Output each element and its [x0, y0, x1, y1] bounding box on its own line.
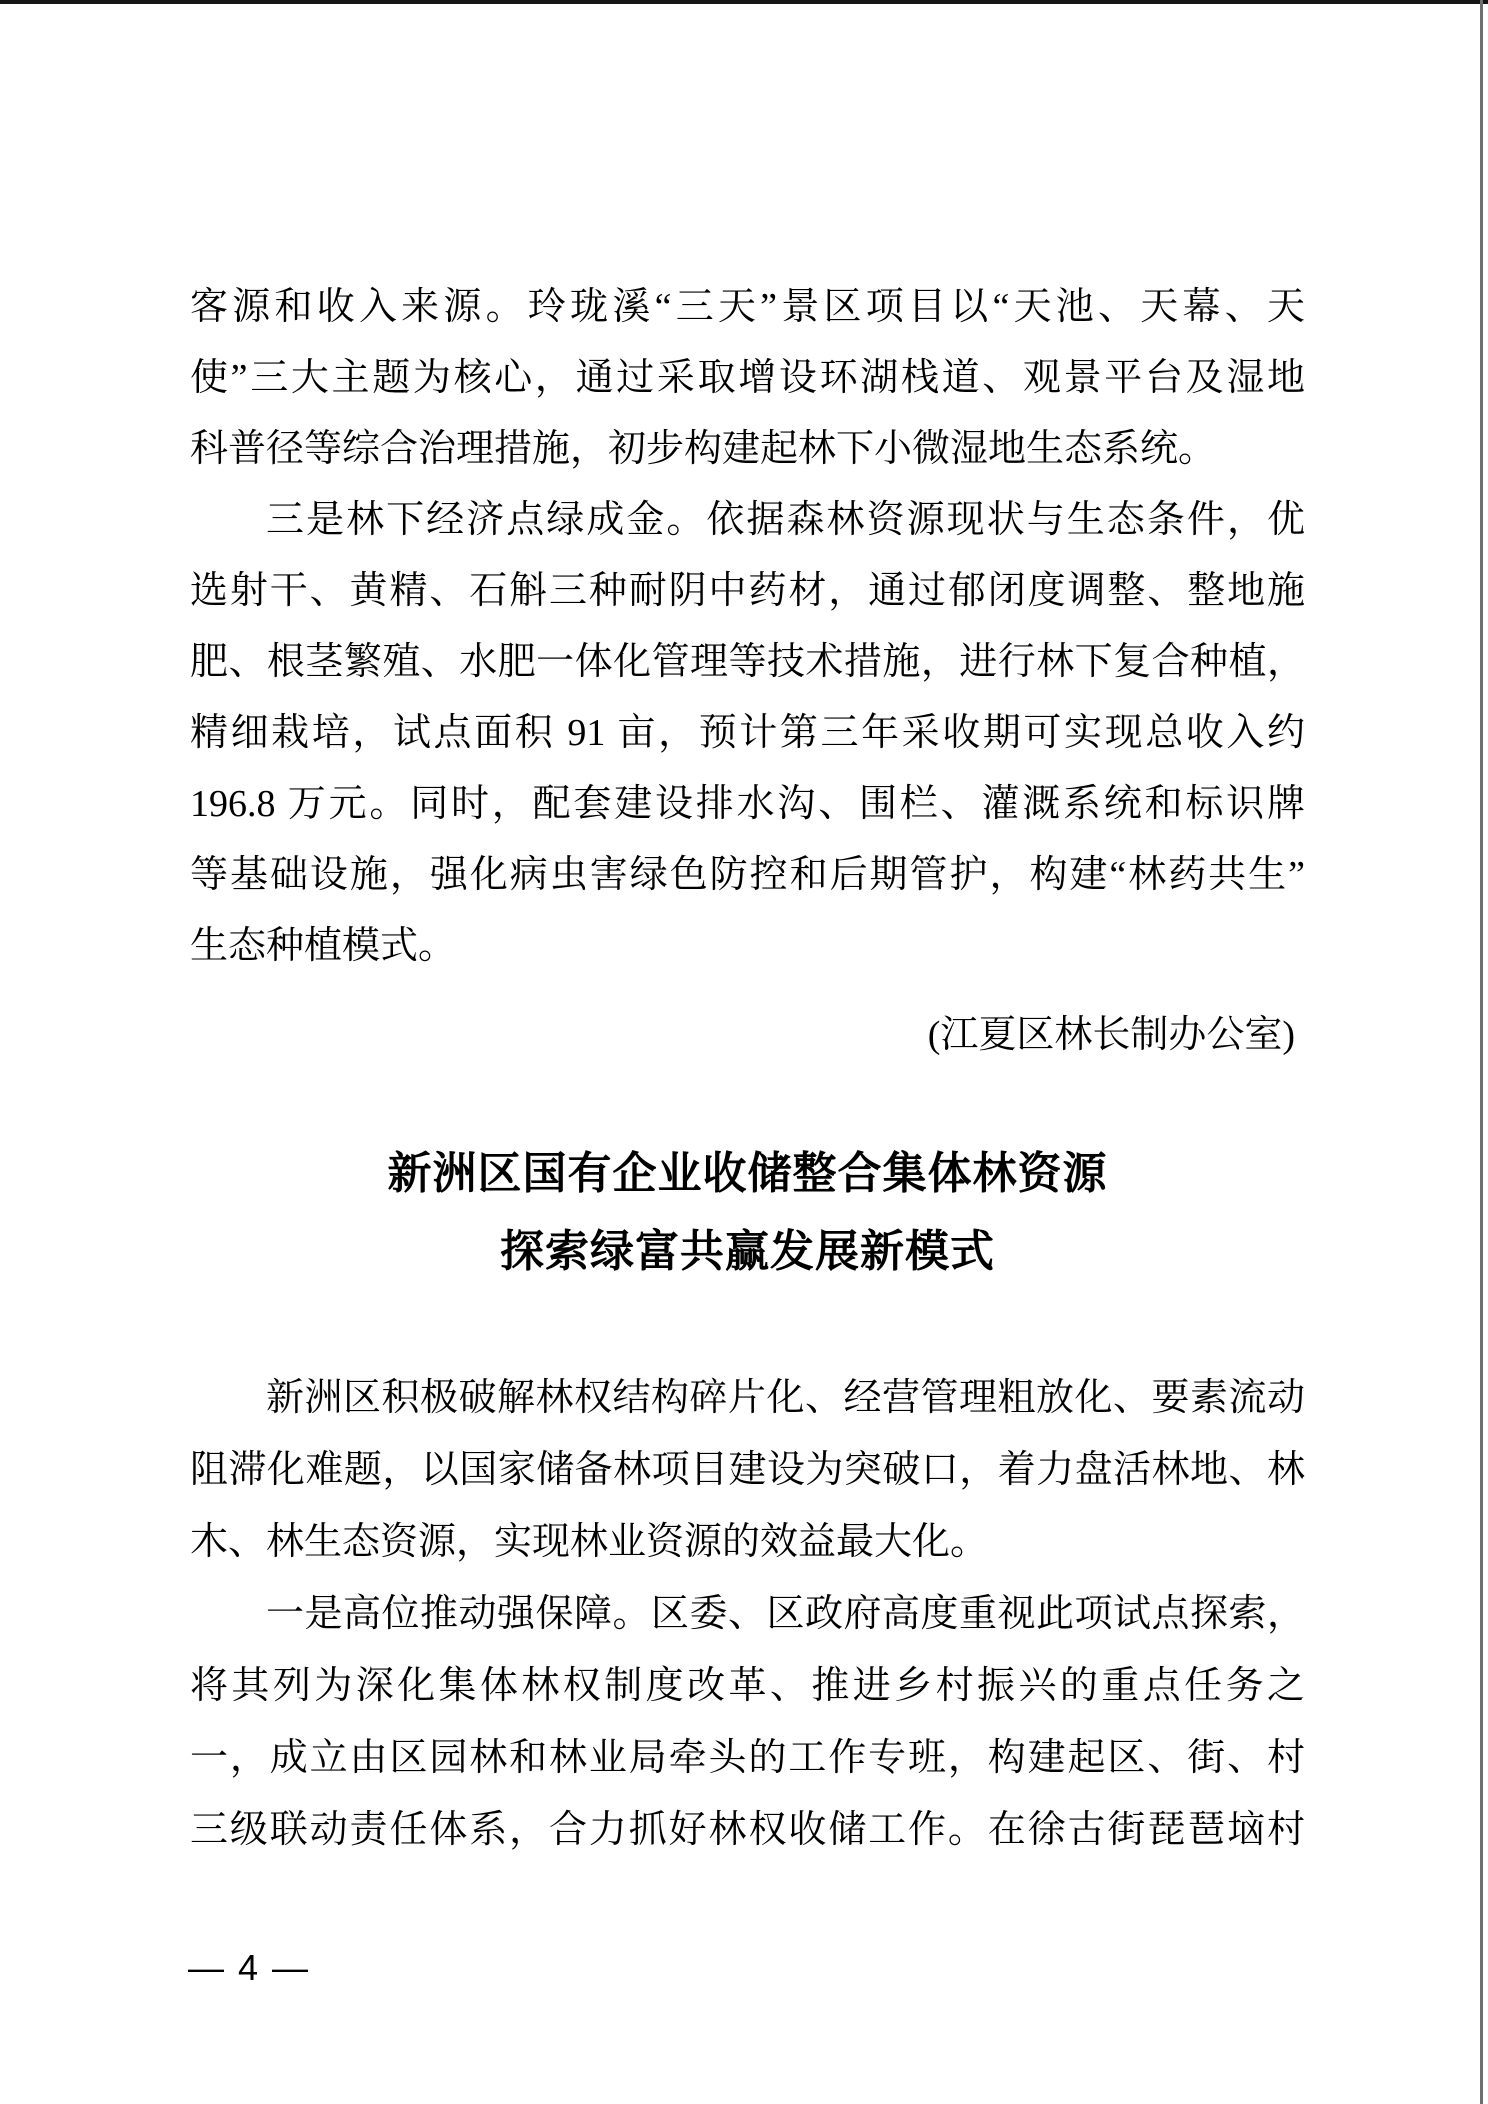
body-line: 精细栽培，试点面积 91 亩，预计第三年采收期可实现总收入约 — [190, 698, 1305, 769]
continued-article-body: 客源和收入来源。玲珑溪“三天”景区项目以“天池、天幕、天 使”三大主题为核心，通… — [190, 272, 1305, 982]
body-line: 三级联动责任体系，合力抓好林权收储工作。在徐古街琵琶垴村 — [190, 1794, 1305, 1866]
article-title-line-1: 新洲区国有企业收储整合集体林资源 — [190, 1135, 1305, 1213]
body-line: 科普径等综合治理措施，初步构建起林下小微湿地生态系统。 — [190, 414, 1305, 485]
page-number: — 4 — — [188, 1946, 310, 1990]
body-line: 木、林生态资源，实现林业资源的效益最大化。 — [190, 1506, 1305, 1578]
new-article-body: 新洲区积极破解林权结构碎片化、经营管理粗放化、要素流动 阻滞化难题，以国家储备林… — [190, 1362, 1305, 1866]
body-line: 一是高位推动强保障。区委、区政府高度重视此项试点探索， — [190, 1578, 1305, 1650]
body-line: 选射干、黄精、石斛三种耐阴中药材，通过郁闭度调整、整地施 — [190, 556, 1305, 627]
article-title: 新洲区国有企业收储整合集体林资源 探索绿富共赢发展新模式 — [190, 1135, 1305, 1291]
article-attribution: (江夏区林长制办公室) — [190, 1000, 1305, 1071]
scan-top-edge — [0, 0, 1488, 4]
body-line: 客源和收入来源。玲珑溪“三天”景区项目以“天池、天幕、天 — [190, 272, 1305, 343]
body-line: 生态种植模式。 — [190, 911, 1305, 982]
body-line: 等基础设施，强化病虫害绿色防控和后期管护，构建“林药共生” — [190, 840, 1305, 911]
body-line: 阻滞化难题，以国家储备林项目建设为突破口，着力盘活林地、林 — [190, 1434, 1305, 1506]
body-line: 三是林下经济点绿成金。依据森林资源现状与生态条件，优 — [190, 485, 1305, 556]
body-line: 肥、根茎繁殖、水肥一体化管理等技术措施，进行林下复合种植， — [190, 627, 1305, 698]
scan-right-edge — [1480, 0, 1483, 2104]
body-line: 196.8 万元。同时，配套建设排水沟、围栏、灌溉系统和标识牌 — [190, 769, 1305, 840]
body-line: 将其列为深化集体林权制度改革、推进乡村振兴的重点任务之 — [190, 1650, 1305, 1722]
body-line: 一，成立由区园林和林业局牵头的工作专班，构建起区、街、村 — [190, 1722, 1305, 1794]
body-line: 新洲区积极破解林权结构碎片化、经营管理粗放化、要素流动 — [190, 1362, 1305, 1434]
body-line: 使”三大主题为核心，通过采取增设环湖栈道、观景平台及湿地 — [190, 343, 1305, 414]
article-title-line-2: 探索绿富共赢发展新模式 — [190, 1213, 1305, 1291]
document-page: { "page": { "background": "#ffffff", "te… — [0, 0, 1488, 2104]
